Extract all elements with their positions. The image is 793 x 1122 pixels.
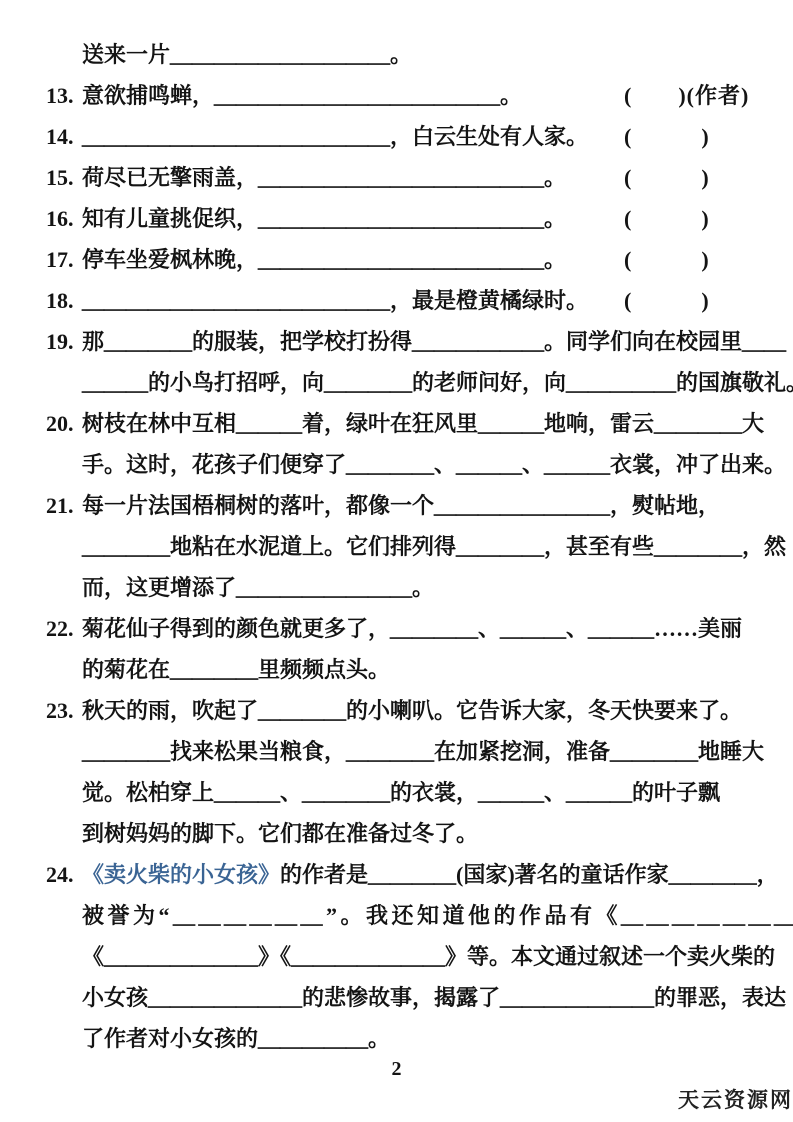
question-text: 菊花仙子得到的颜色就更多了，＿＿＿＿、＿＿＿、＿＿＿……美丽 [82,616,742,641]
question-text: 每一片法国梧桐树的落叶，都像一个＿＿＿＿＿＿＿＿，熨帖地， [82,493,720,518]
text-segment: ＿＿＿＿找来松果当粮食，＿＿＿＿在加紧挖洞，准备＿＿＿＿地睡大 [82,739,764,764]
grading-bracket: ( ) [624,157,710,198]
question-line-continuation: 小女孩＿＿＿＿＿＿＿的悲惨故事，揭露了＿＿＿＿＿＿＿的罪恶，表达 [0,977,793,1018]
text-segment: 而，这更增添了＿＿＿＿＿＿＿＿。 [82,575,434,600]
question-text: 树枝在林中互相＿＿＿着，绿叶在狂风里＿＿＿地响，雷云＿＿＿＿大 [82,411,764,436]
question-number: 21. [46,485,74,526]
question-text: ＿＿＿＿＿＿＿＿＿＿＿＿＿＿，最是橙黄橘绿时。 [82,288,588,313]
question-line: 21.每一片法国梧桐树的落叶，都像一个＿＿＿＿＿＿＿＿，熨帖地， [0,485,793,526]
question-text: 送来一片＿＿＿＿＿＿＿＿＿＿。 [82,42,412,67]
text-segment: 到树妈妈的脚下。它们都在准备过冬了。 [82,821,478,846]
question-number: 18. [46,280,74,321]
question-text: ＿＿＿＿＿＿＿＿＿＿＿＿＿＿，白云生处有人家。 [82,124,588,149]
text-segment: 觉。松柏穿上＿＿＿、＿＿＿＿的衣裳，＿＿＿、＿＿＿的叶子飘 [82,780,720,805]
question-text: ＿＿＿＿找来松果当粮食，＿＿＿＿在加紧挖洞，准备＿＿＿＿地睡大 [82,739,764,764]
grading-bracket: ( ) [624,198,710,239]
question-text: ＿＿＿的小鸟打招呼，向＿＿＿＿的老师问好，向＿＿＿＿＿的国旗敬礼。 [82,370,793,395]
question-text: 手。这时，花孩子们便穿了＿＿＿＿、＿＿＿、＿＿＿衣裳，冲了出来。 [82,452,786,477]
text-segment: 那＿＿＿＿的服装，把学校打扮得＿＿＿＿＿＿。同学们向在校园里＿＿ [82,329,786,354]
grading-bracket: ( )(作者) [624,75,749,116]
question-number: 24. [46,854,74,895]
question-line: 17.停车坐爱枫林晚，＿＿＿＿＿＿＿＿＿＿＿＿＿。( ) [0,239,793,280]
text-segment: 每一片法国梧桐树的落叶，都像一个＿＿＿＿＿＿＿＿，熨帖地， [82,493,720,518]
text-segment: ＿＿＿＿地粘在水泥道上。它们排列得＿＿＿＿，甚至有些＿＿＿＿，然 [82,534,786,559]
question-text: 停车坐爱枫林晚，＿＿＿＿＿＿＿＿＿＿＿＿＿。 [82,247,566,272]
text-segment: 菊花仙子得到的颜色就更多了，＿＿＿＿、＿＿＿、＿＿＿……美丽 [82,616,742,641]
question-line: 16.知有儿童挑促织，＿＿＿＿＿＿＿＿＿＿＿＿＿。( ) [0,198,793,239]
text-segment: 的菊花在＿＿＿＿里频频点头。 [82,657,390,682]
question-text: 小女孩＿＿＿＿＿＿＿的悲惨故事，揭露了＿＿＿＿＿＿＿的罪恶，表达 [82,985,786,1010]
question-text: 那＿＿＿＿的服装，把学校打扮得＿＿＿＿＿＿。同学们向在校园里＿＿ [82,329,786,354]
question-line-continuation: 觉。松柏穿上＿＿＿、＿＿＿＿的衣裳，＿＿＿、＿＿＿的叶子飘 [0,772,793,813]
question-text: ＿＿＿＿地粘在水泥道上。它们排列得＿＿＿＿，甚至有些＿＿＿＿，然 [82,534,786,559]
question-line-continuation: 《＿＿＿＿＿＿＿》《＿＿＿＿＿＿＿》等。本文通过叙述一个卖火柴的 [0,936,793,977]
question-text: 《卖火柴的小女孩》的作者是＿＿＿＿(国家)著名的童话作家＿＿＿＿， [82,862,779,887]
question-line-continuation: ＿＿＿＿找来松果当粮食，＿＿＿＿在加紧挖洞，准备＿＿＿＿地睡大 [0,731,793,772]
text-segment: 停车坐爱枫林晚，＿＿＿＿＿＿＿＿＿＿＿＿＿。 [82,247,566,272]
question-text: 被誉为“＿＿＿＿＿＿”。我还知道他的作品有《＿＿＿＿＿＿＿》 [82,903,793,928]
question-line-continuation: 送来一片＿＿＿＿＿＿＿＿＿＿。 [0,34,793,75]
text-segment: 树枝在林中互相＿＿＿着，绿叶在狂风里＿＿＿地响，雷云＿＿＿＿大 [82,411,764,436]
question-line: 15.荷尽已无擎雨盖，＿＿＿＿＿＿＿＿＿＿＿＿＿。( ) [0,157,793,198]
worksheet-page: 送来一片＿＿＿＿＿＿＿＿＿＿。13.意欲捕鸣蝉，＿＿＿＿＿＿＿＿＿＿＿＿＿。( … [0,0,793,1122]
question-text: 到树妈妈的脚下。它们都在准备过冬了。 [82,821,478,846]
text-segment: 送来一片＿＿＿＿＿＿＿＿＿＿。 [82,42,412,67]
question-number: 16. [46,198,74,239]
question-number: 15. [46,157,74,198]
question-text: 的菊花在＿＿＿＿里频频点头。 [82,657,390,682]
question-line: 14.＿＿＿＿＿＿＿＿＿＿＿＿＿＿，白云生处有人家。( ) [0,116,793,157]
text-segment: 手。这时，花孩子们便穿了＿＿＿＿、＿＿＿、＿＿＿衣裳，冲了出来。 [82,452,786,477]
text-segment: 荷尽已无擎雨盖，＿＿＿＿＿＿＿＿＿＿＿＿＿。 [82,165,566,190]
question-line: 19.那＿＿＿＿的服装，把学校打扮得＿＿＿＿＿＿。同学们向在校园里＿＿ [0,321,793,362]
text-segment: 知有儿童挑促织，＿＿＿＿＿＿＿＿＿＿＿＿＿。 [82,206,566,231]
text-segment: ＿＿＿＿＿＿＿＿＿＿＿＿＿＿，最是橙黄橘绿时。 [82,288,588,313]
question-text: 而，这更增添了＿＿＿＿＿＿＿＿。 [82,575,434,600]
question-text: 知有儿童挑促织，＿＿＿＿＿＿＿＿＿＿＿＿＿。 [82,206,566,231]
question-line: 13.意欲捕鸣蝉，＿＿＿＿＿＿＿＿＿＿＿＿＿。( )(作者) [0,75,793,116]
question-text: 荷尽已无擎雨盖，＿＿＿＿＿＿＿＿＿＿＿＿＿。 [82,165,566,190]
text-segment: ＿＿＿＿＿＿＿＿＿＿＿＿＿＿，白云生处有人家。 [82,124,588,149]
question-number: 23. [46,690,74,731]
question-line-continuation: 了作者对小女孩的＿＿＿＿＿。 [0,1018,793,1059]
question-line-continuation: 到树妈妈的脚下。它们都在准备过冬了。 [0,813,793,854]
question-line: 23.秋天的雨，吹起了＿＿＿＿的小喇叭。它告诉大家，冬天快要来了。 [0,690,793,731]
text-segment: ＿＿＿的小鸟打招呼，向＿＿＿＿的老师问好，向＿＿＿＿＿的国旗敬礼。 [82,370,793,395]
text-segment: 秋天的雨，吹起了＿＿＿＿的小喇叭。它告诉大家，冬天快要来了。 [82,698,742,723]
question-number: 22. [46,608,74,649]
question-line: 20.树枝在林中互相＿＿＿着，绿叶在狂风里＿＿＿地响，雷云＿＿＿＿大 [0,403,793,444]
question-line: 24.《卖火柴的小女孩》的作者是＿＿＿＿(国家)著名的童话作家＿＿＿＿， [0,854,793,895]
question-number: 13. [46,75,74,116]
question-line: 18.＿＿＿＿＿＿＿＿＿＿＿＿＿＿，最是橙黄橘绿时。( ) [0,280,793,321]
question-number: 17. [46,239,74,280]
question-line: 22.菊花仙子得到的颜色就更多了，＿＿＿＿、＿＿＿、＿＿＿……美丽 [0,608,793,649]
question-text: 觉。松柏穿上＿＿＿、＿＿＿＿的衣裳，＿＿＿、＿＿＿的叶子飘 [82,780,720,805]
question-text: 秋天的雨，吹起了＿＿＿＿的小喇叭。它告诉大家，冬天快要来了。 [82,698,742,723]
question-line-continuation: ＿＿＿的小鸟打招呼，向＿＿＿＿的老师问好，向＿＿＿＿＿的国旗敬礼。 [0,362,793,403]
question-line-continuation: 被誉为“＿＿＿＿＿＿”。我还知道他的作品有《＿＿＿＿＿＿＿》 [0,895,793,936]
text-segment: 《＿＿＿＿＿＿＿》《＿＿＿＿＿＿＿》等。本文通过叙述一个卖火柴的 [82,944,775,969]
question-line-continuation: 的菊花在＿＿＿＿里频频点头。 [0,649,793,690]
question-text: 《＿＿＿＿＿＿＿》《＿＿＿＿＿＿＿》等。本文通过叙述一个卖火柴的 [82,944,775,969]
question-text: 了作者对小女孩的＿＿＿＿＿。 [82,1026,390,1051]
question-line-continuation: ＿＿＿＿地粘在水泥道上。它们排列得＿＿＿＿，甚至有些＿＿＿＿，然 [0,526,793,567]
question-line-continuation: 手。这时，花孩子们便穿了＿＿＿＿、＿＿＿、＿＿＿衣裳，冲了出来。 [0,444,793,485]
book-title-text: 《卖火柴的小女孩》 [82,862,280,887]
text-segment: 了作者对小女孩的＿＿＿＿＿。 [82,1026,390,1051]
text-segment: 被誉为“＿＿＿＿＿＿”。我还知道他的作品有《＿＿＿＿＿＿＿》 [82,903,793,928]
grading-bracket: ( ) [624,280,710,321]
page-number: 2 [0,1058,793,1081]
grading-bracket: ( ) [624,239,710,280]
text-segment: 的作者是＿＿＿＿(国家)著名的童话作家＿＿＿＿， [280,862,779,887]
question-line-continuation: 而，这更增添了＿＿＿＿＿＿＿＿。 [0,567,793,608]
question-number: 19. [46,321,74,362]
question-text: 意欲捕鸣蝉，＿＿＿＿＿＿＿＿＿＿＿＿＿。 [82,83,522,108]
watermark: 天云资源网 [678,1084,793,1114]
question-list: 送来一片＿＿＿＿＿＿＿＿＿＿。13.意欲捕鸣蝉，＿＿＿＿＿＿＿＿＿＿＿＿＿。( … [0,34,793,1059]
text-segment: 意欲捕鸣蝉，＿＿＿＿＿＿＿＿＿＿＿＿＿。 [82,83,522,108]
question-number: 20. [46,403,74,444]
text-segment: 小女孩＿＿＿＿＿＿＿的悲惨故事，揭露了＿＿＿＿＿＿＿的罪恶，表达 [82,985,786,1010]
question-number: 14. [46,116,74,157]
grading-bracket: ( ) [624,116,710,157]
